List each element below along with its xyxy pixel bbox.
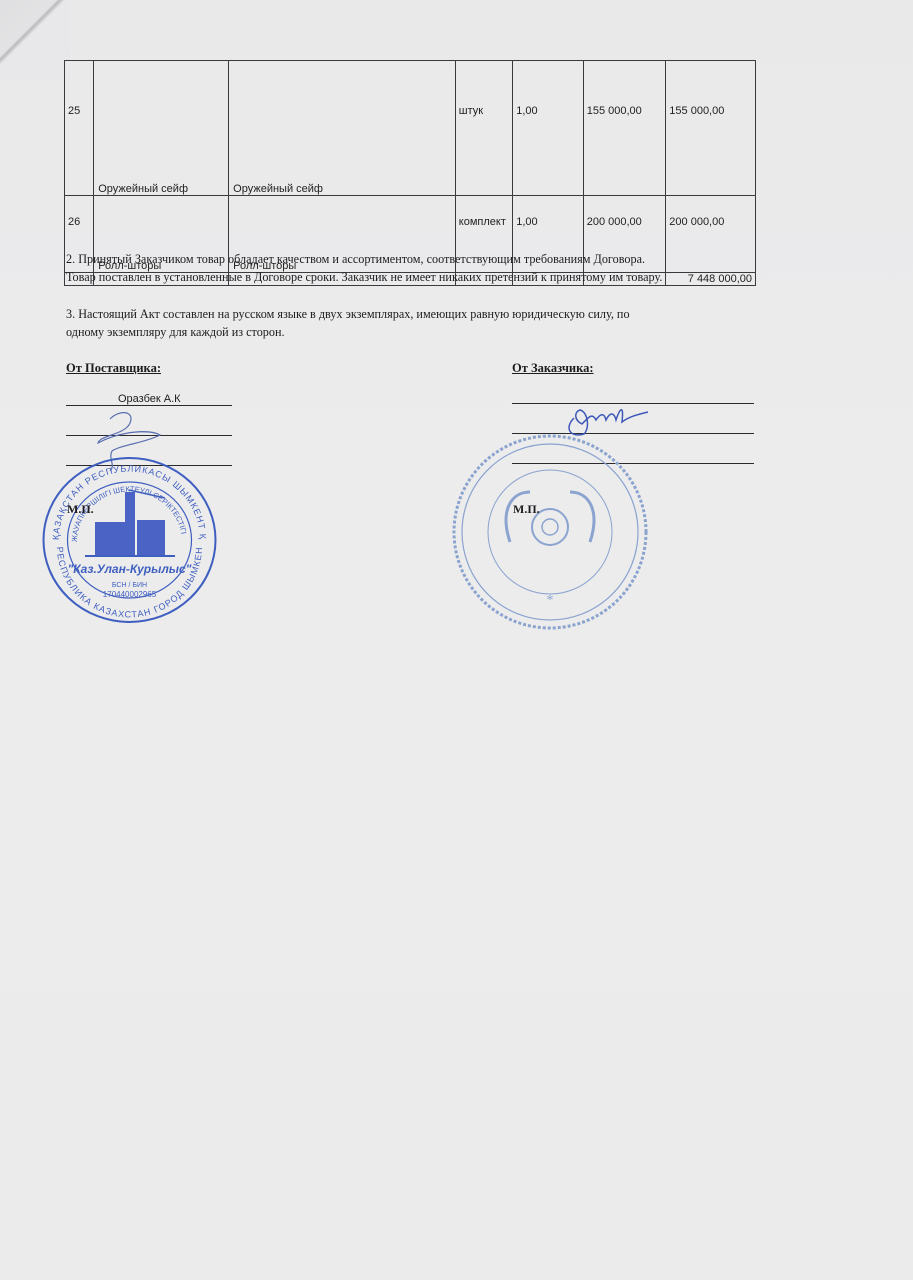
item-qty: 1,00 [516,196,580,228]
item-price: 155 000,00 [587,61,663,117]
supplier-signer-name: Оразбек А.К [118,393,181,405]
svg-text:БСН / БИН: БСН / БИН [112,582,147,589]
clause-3-line-1: 3. Настоящий Акт составлен на русском яз… [66,307,630,321]
item-sum: 200 000,00 [669,196,752,228]
item-sum: 155 000,00 [669,61,752,117]
supplier-stamp: ҚАЗАҚСТАН РЕСПУБЛИКАСЫ ШЫМКЕНТ ҚАЛАСЫ ЖА… [37,452,222,627]
item-price: 200 000,00 [587,196,663,228]
supplier-mp-label: М.П. [67,502,94,517]
table-row: 25 Оружейный сейф Оружейный сейф штук 1,… [65,61,756,196]
svg-text:*: * [547,593,554,608]
item-unit: штук [459,61,509,117]
svg-text:170440002965: 170440002965 [103,590,157,599]
clause-2-line-2: Товар поставлен в установленные в Догово… [66,270,662,284]
clause-2: 2. Принятый Заказчиком товар обладает ка… [66,250,766,286]
page-fold-shadow [0,0,70,80]
item-name: Оружейный сейф [98,183,188,195]
clause-3-line-2: одному экземпляру для каждой из сторон. [66,325,285,339]
customer-mp-label: М.П. [513,502,540,517]
svg-text:"Каз.Улан-Курылыс": "Каз.Улан-Курылыс" [68,562,192,576]
supplier-header: От Поставщика: [66,361,161,376]
row-number: 25 [65,61,94,196]
clause-2-line-1: 2. Принятый Заказчиком товар обладает ка… [66,252,645,266]
customer-stamp: * [450,432,650,632]
customer-signature [560,398,650,440]
item-unit: комплект [459,196,509,228]
item-qty: 1,00 [516,61,580,117]
item-description: Оружейный сейф [233,183,323,195]
customer-header: От Заказчика: [512,361,594,376]
clause-3: 3. Настоящий Акт составлен на русском яз… [66,305,766,341]
